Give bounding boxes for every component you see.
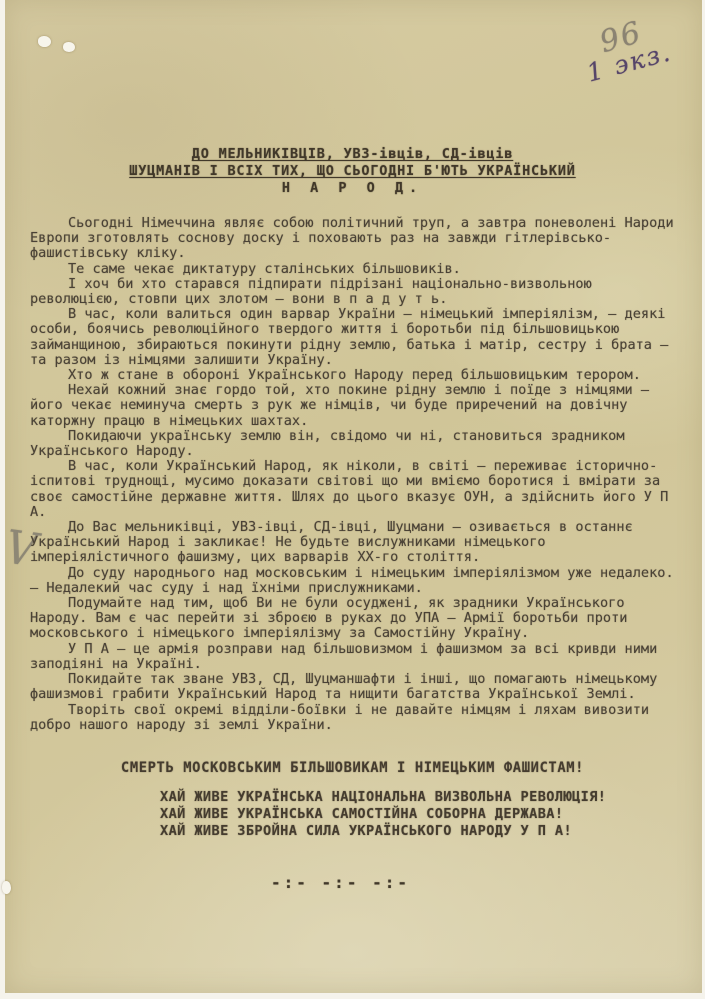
- slogan-line: ХАЙ ЖИВЕ УКРАЇНСЬКА НАЦІОНАЛЬНА ВИЗВОЛЬН…: [160, 789, 606, 806]
- scanned-document-page: 96 1 экз. V ДО МЕЛЬНИКІВЦІВ, УВЗ-івців, …: [0, 0, 705, 999]
- document-title: ДО МЕЛЬНИКІВЦІВ, УВЗ-івців, СД-івців ШУЦ…: [0, 146, 705, 197]
- paragraph: Сьогодні Німеччина являє собою політични…: [30, 216, 680, 262]
- paragraph: До суду народнього над московським і нім…: [30, 566, 680, 596]
- separator-ornament: -:- -:- -:-: [0, 873, 693, 892]
- paragraph: Подумайте над тим, щоб Ви не були осудже…: [30, 596, 680, 642]
- paragraph: І хоч би хто старався підпирати підрізан…: [30, 277, 680, 307]
- paper-hole: [63, 42, 75, 52]
- document-body: Сьогодні Німеччина являє собою політични…: [30, 216, 680, 733]
- paragraph: В час, коли валиться один варвар України…: [30, 307, 680, 368]
- paragraph: Покидайте так зване УВЗ, СД, Шуцманшафти…: [30, 672, 680, 702]
- slogan-line: ХАЙ ЖИВЕ ЗБРОЙНА СИЛА УКРАЇНСЬКОГО НАРОД…: [160, 823, 606, 840]
- paragraph: Покидаючи українську землю він, свідомо …: [30, 429, 680, 459]
- document-title-line-3: Н А Р О Д.: [0, 180, 705, 197]
- paragraph: До Вас мельниківці, УВЗ-івці, СД-івці, Ш…: [30, 520, 680, 566]
- document-title-line-2: ШУЦМАНІВ І ВСІХ ТИХ, ЩО СЬОГОДНІ Б'ЮТЬ У…: [0, 163, 705, 180]
- paper-hole: [38, 36, 51, 47]
- slogan-block: ХАЙ ЖИВЕ УКРАЇНСЬКА НАЦІОНАЛЬНА ВИЗВОЛЬН…: [160, 789, 606, 841]
- slogan-line: ХАЙ ЖИВЕ УКРАЇНСЬКА САМОСТІЙНА СОБОРНА Д…: [160, 806, 606, 823]
- paragraph: В час, коли Український Народ, як ніколи…: [30, 459, 680, 520]
- paragraph: У П А — це армія розправи над більшовизм…: [30, 642, 680, 672]
- slogan-death: СМЕРТЬ МОСКОВСЬКИМ БІЛЬШОВИКАМ І НІМЕЦЬК…: [0, 760, 705, 776]
- paragraph: Нехай кожний знає гордо той, хто покине …: [30, 383, 680, 429]
- document-title-line-1: ДО МЕЛЬНИКІВЦІВ, УВЗ-івців, СД-івців: [0, 146, 705, 163]
- paragraph: Те саме чекає диктатуру сталінських біль…: [30, 262, 680, 277]
- paragraph: Творіть свої окремі відділи-боївки і не …: [30, 703, 680, 733]
- paragraph: Хто ж стане в обороні Українського Народ…: [30, 368, 680, 383]
